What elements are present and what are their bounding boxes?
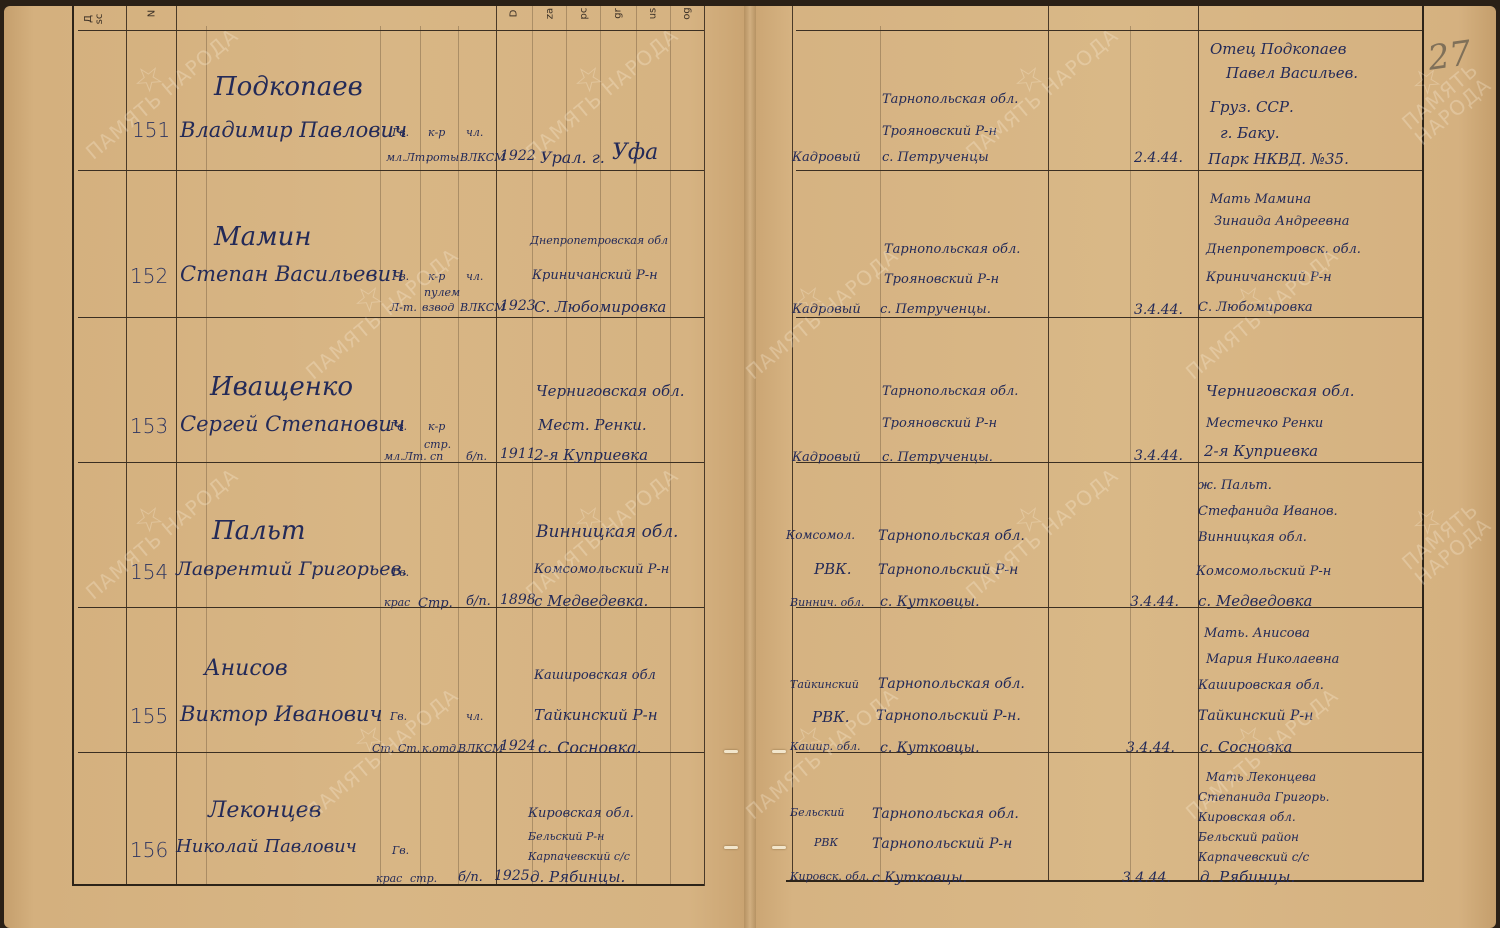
surname: Подкопаев	[214, 72, 363, 102]
col-header: za	[545, 4, 556, 24]
nationality: Гв.	[392, 566, 409, 579]
burial-place: Тарнопольская обл.	[872, 806, 1019, 822]
col-divider	[704, 6, 705, 886]
date-of-death: 3.4.44.	[1130, 594, 1179, 610]
conscription-office: Тайкинский	[790, 678, 859, 691]
surname: Анисов	[204, 656, 288, 681]
row-number: 155	[130, 704, 168, 728]
next-of-kin: Винницкая обл.	[1198, 530, 1307, 545]
burial-place: с Кутковцы.	[872, 870, 967, 886]
unit: мл.Лт.	[386, 151, 429, 164]
birth-year: 1925	[494, 868, 530, 884]
conscription-office: Бельский	[790, 806, 844, 819]
conscription-office: РВК	[814, 836, 838, 849]
membership: чл.	[466, 270, 483, 283]
burial-place: Тарнопольский Р-н.	[876, 708, 1021, 724]
next-of-kin: Груз. ССР.	[1210, 98, 1294, 116]
next-of-kin: Мать. Анисова	[1204, 626, 1310, 641]
birthplace: Криничанский Р-н	[532, 268, 658, 283]
position: к.отд.	[422, 742, 460, 755]
position: роты	[426, 151, 459, 164]
burial-place: Тарнопольская обл.	[884, 242, 1020, 257]
burial-place: с. Кутковцы.	[880, 740, 980, 756]
burial-place: с. Петрученцы.	[882, 450, 993, 465]
next-of-kin: Павел Васильев.	[1226, 64, 1358, 82]
next-of-kin: Парк НКВД. №35.	[1208, 150, 1349, 168]
rank: к-р	[428, 126, 445, 139]
unit: крас	[384, 596, 410, 609]
given-names: Николай Павлович	[176, 836, 357, 857]
nationality: Гв.	[392, 126, 409, 139]
conscription-office: Кадровый	[792, 150, 861, 165]
col-header: og	[682, 4, 693, 24]
row-divider	[796, 170, 1422, 171]
next-of-kin: Местечко Ренки	[1206, 416, 1323, 431]
next-of-kin: Комсомольский Р-н	[1196, 564, 1331, 579]
birthplace: Днепропетровская обл	[530, 234, 668, 247]
row-divider	[78, 170, 704, 171]
col-header: N	[147, 4, 158, 24]
next-of-kin: ж. Пальт.	[1198, 478, 1272, 493]
conscription-office: Виннич. обл.	[790, 596, 864, 609]
birthplace: С. Любомировка	[534, 298, 666, 316]
birth-year: 1924	[500, 738, 536, 754]
date-of-death: 2.4.44.	[1134, 150, 1183, 166]
conscription-office: Кадровый	[792, 450, 861, 465]
burial-place: Тарнопольская обл.	[878, 676, 1025, 692]
staple	[724, 750, 738, 753]
birthplace: Кировская обл.	[528, 806, 634, 821]
row-number: 156	[130, 838, 168, 862]
next-of-kin: Мария Николаевна	[1206, 652, 1339, 667]
given-names: Владимир Павлович	[180, 118, 407, 142]
position: стр.	[410, 872, 437, 885]
burial-place: с. Петрученцы.	[880, 302, 991, 317]
next-of-kin: Отец Подкопаев	[1210, 40, 1346, 58]
given-names: Сергей Степанович	[180, 412, 405, 436]
burial-place: с. Кутковцы.	[880, 594, 980, 610]
col-divider	[1198, 6, 1199, 882]
date-of-death: 3.4.44.	[1134, 302, 1183, 318]
birth-year: 1911	[500, 446, 536, 462]
membership: чл.	[466, 710, 483, 723]
col-header: D	[509, 4, 520, 24]
surname: Пальт	[212, 516, 306, 546]
birthplace: 2-я Куприевка	[534, 446, 648, 464]
date-of-death: 3.4.44.	[1126, 740, 1175, 756]
rank: к-р	[428, 420, 445, 433]
surname: Иващенко	[210, 372, 353, 402]
staple	[772, 846, 786, 849]
birthplace: с Медведевка.	[534, 592, 648, 610]
party: б/п.	[466, 450, 487, 463]
birthplace: д. Рябинцы.	[530, 868, 625, 886]
position: сп	[430, 450, 443, 463]
nationality: Гв.	[390, 420, 407, 433]
burial-place: Тарнопольский Р-н	[872, 836, 1012, 852]
membership: чл.	[466, 126, 483, 139]
birthplace: с. Сосновка.	[538, 738, 642, 757]
surname: Мамин	[214, 222, 312, 252]
nationality: Гв.	[392, 844, 409, 857]
party: б/п.	[466, 594, 491, 609]
burial-place: Тарнопольская обл.	[882, 384, 1018, 399]
unit: крас	[376, 872, 402, 885]
next-of-kin: Мать Мамина	[1210, 192, 1311, 207]
birthplace: Карпачевский с/с	[528, 850, 630, 863]
birthplace: Кашировская обл	[534, 668, 656, 683]
party: ВЛКСМ	[460, 151, 505, 164]
next-of-kin: Черниговская обл.	[1206, 382, 1354, 400]
staple	[724, 846, 738, 849]
conscription-office: РВК.	[814, 560, 852, 578]
next-of-kin: 2-я Куприевка	[1204, 442, 1318, 460]
date-of-death: 3.4.44.	[1122, 870, 1171, 886]
row-divider	[796, 317, 1422, 318]
birthplace: Тайкинский Р-н	[534, 706, 658, 724]
given-names: Виктор Иванович	[180, 702, 383, 726]
col-header: Д sc	[83, 9, 105, 29]
next-of-kin: Стефанида Иванов.	[1198, 504, 1338, 519]
birthplace: Черниговская обл.	[536, 382, 684, 400]
burial-place: Трояновский Р-н	[882, 416, 997, 431]
birth-year: 1923	[500, 298, 536, 314]
birthplace: Мест. Ренки.	[538, 416, 647, 434]
burial-place: Трояновский Р-н	[884, 272, 999, 287]
next-of-kin: г. Баку.	[1220, 124, 1280, 142]
party: ВЛКСМ	[460, 301, 505, 314]
next-of-kin: Карпачевский с/с	[1198, 850, 1309, 864]
position: Стр.	[418, 596, 453, 611]
birthplace: Уфа	[612, 140, 658, 165]
next-of-kin: Зинаида Андреевна	[1214, 214, 1350, 229]
party: б/п.	[458, 870, 483, 885]
ledger-spread: Д sc N D za pc gr us og 27 Подкопаев 151…	[0, 6, 1500, 928]
position: взвод	[422, 301, 454, 314]
date-of-death: 3.4.44.	[1134, 448, 1183, 464]
row-number: 152	[130, 264, 168, 288]
row-number: 153	[130, 414, 168, 438]
right-page	[748, 6, 1496, 928]
col-header: pc	[579, 4, 590, 24]
col-divider	[176, 6, 177, 886]
col-header: gr	[613, 4, 624, 24]
conscription-office: Комсомол.	[786, 528, 855, 542]
birthplace: Бельский Р-н	[528, 830, 604, 843]
grid-line	[670, 6, 671, 886]
conscription-office: Кировск. обл.	[790, 870, 869, 883]
party: ВЛКСМ	[458, 742, 503, 755]
header-underline	[78, 30, 704, 31]
col-divider	[1048, 6, 1049, 882]
unit: мл.Лт.	[384, 450, 427, 463]
next-of-kin: Бельский район	[1198, 830, 1299, 844]
next-of-kin: Кировская обл.	[1198, 810, 1296, 824]
next-of-kin: д. Рябинцы.	[1200, 868, 1295, 886]
next-of-kin: с. Медведовка	[1198, 592, 1312, 610]
given-names: Лаврентий Григорьев.	[176, 558, 408, 580]
